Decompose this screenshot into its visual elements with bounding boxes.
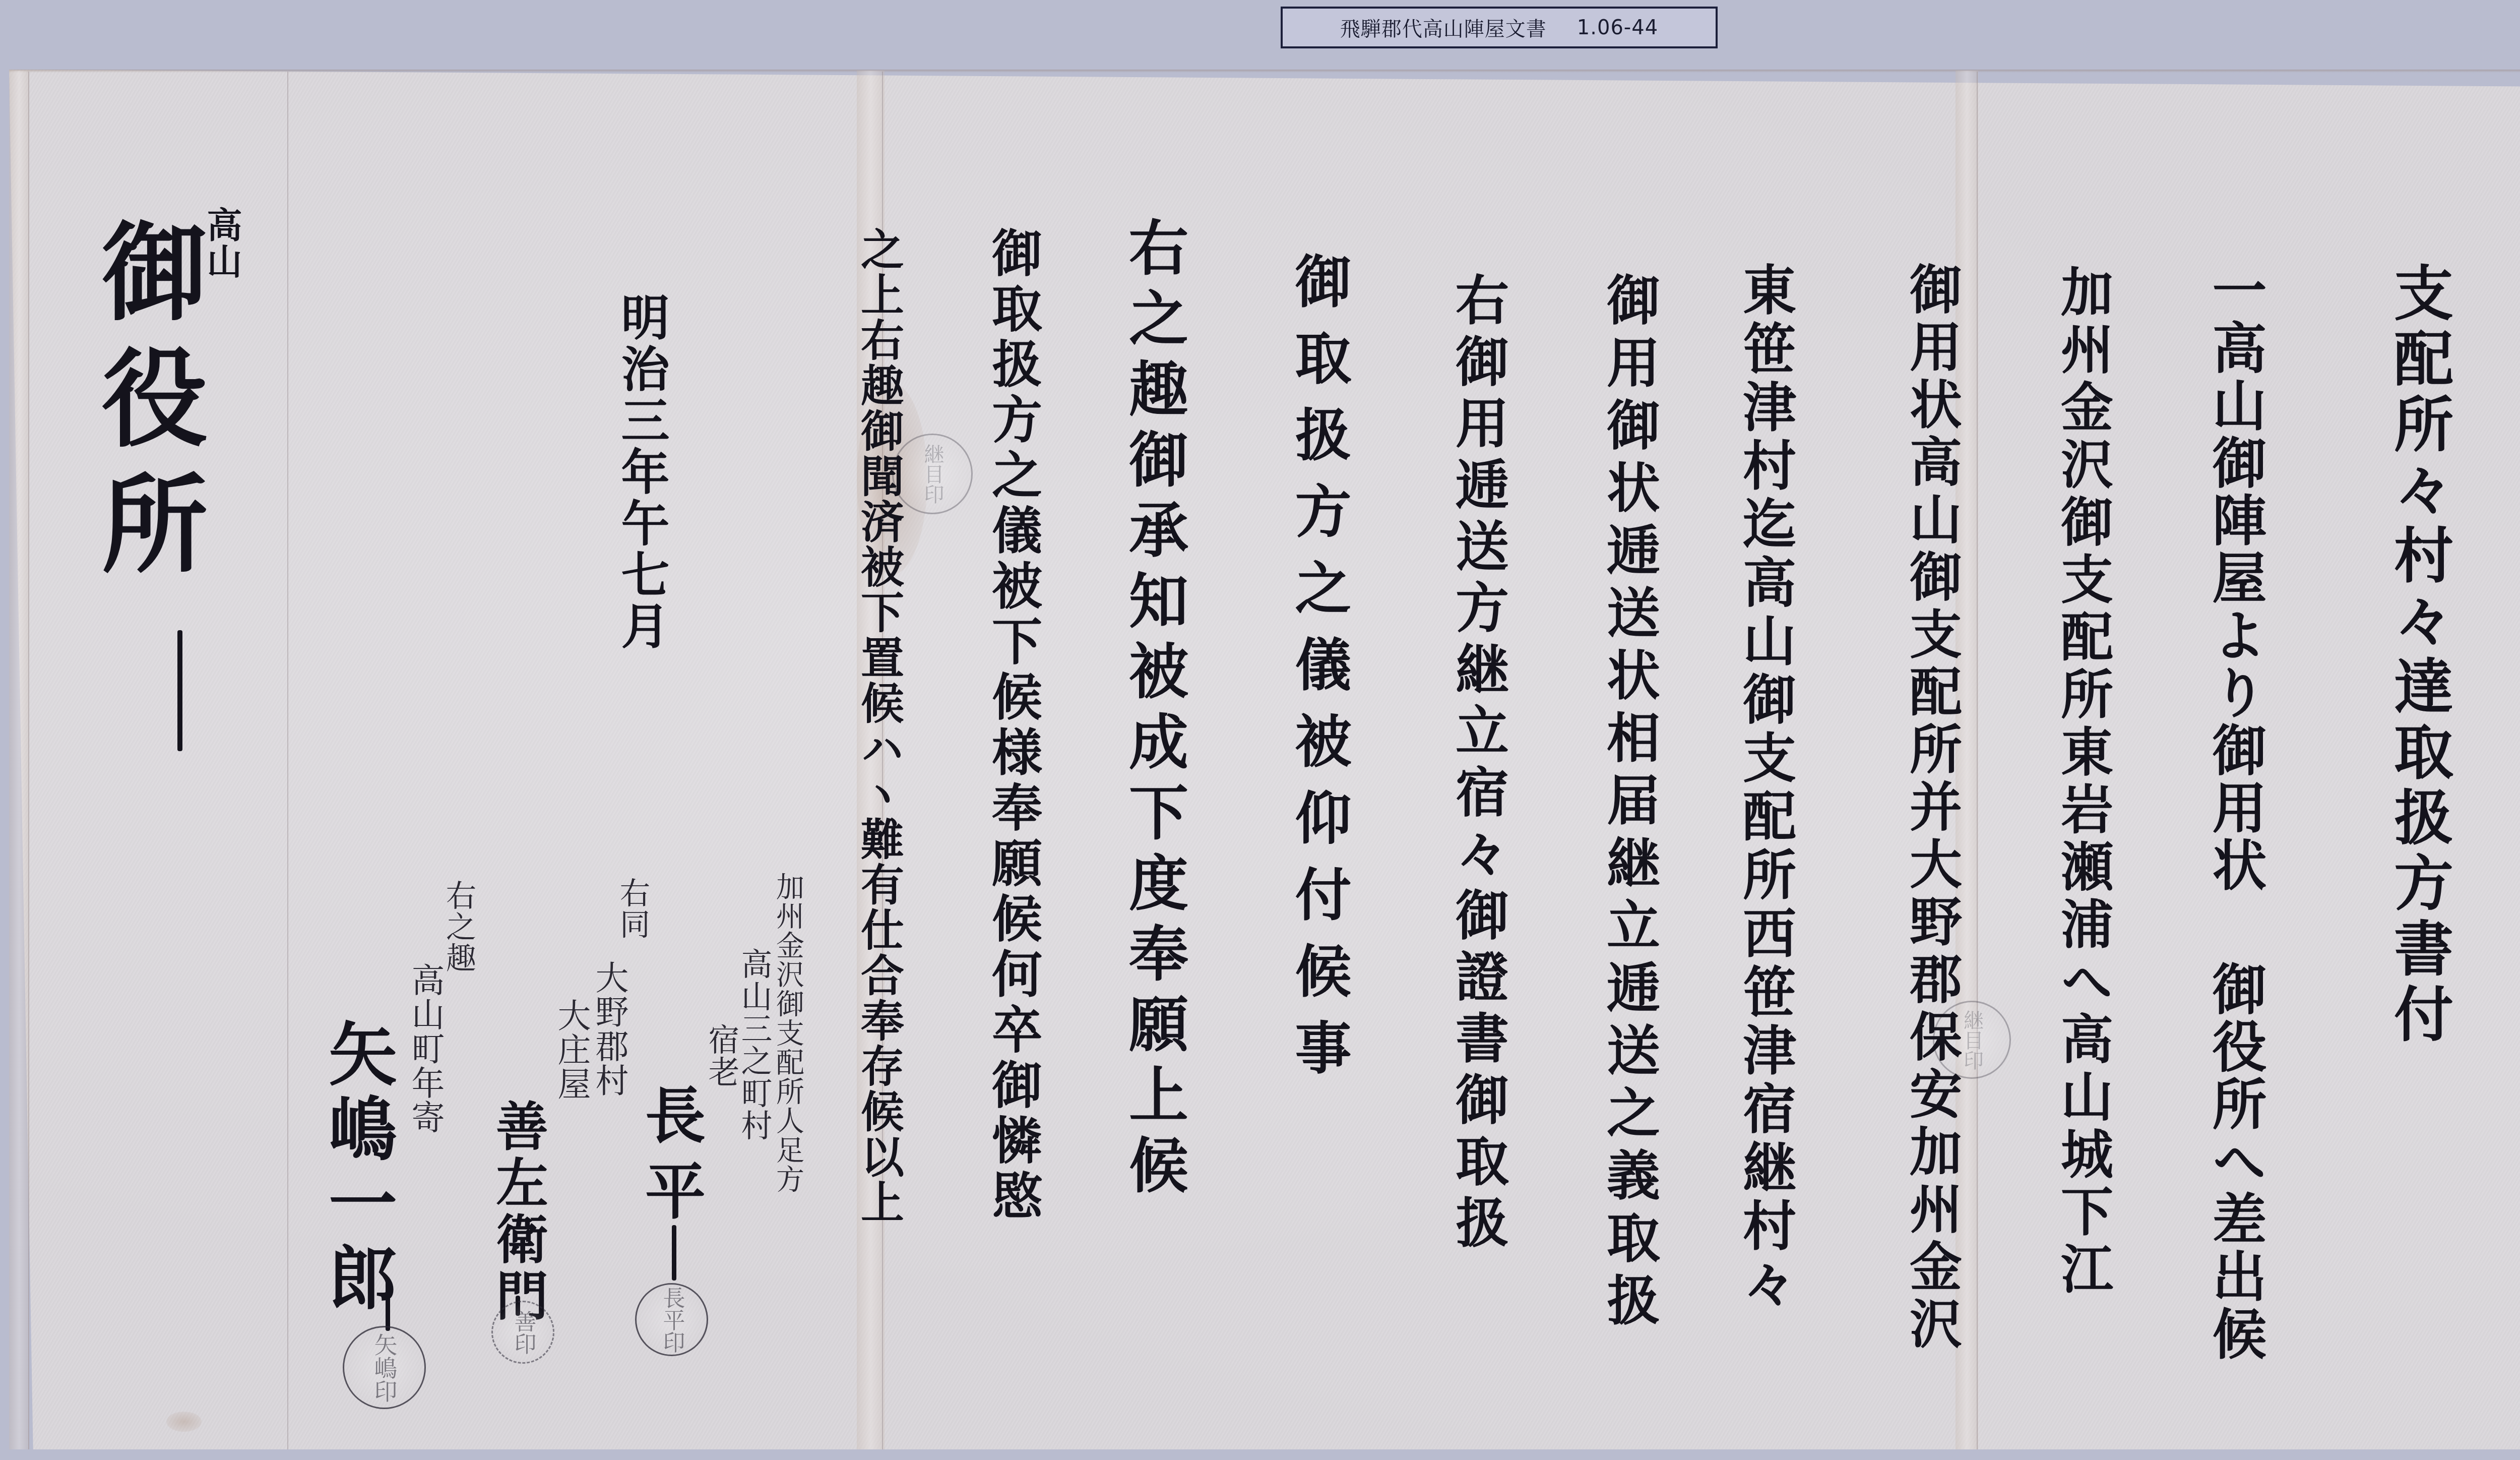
signer-3-name: 矢嶋一郎: [323, 1018, 391, 1317]
body-column-6: 東笹津村迄高山御支配所西笹津宿継村々: [1739, 262, 1792, 1315]
date-line: 明治三年午七月: [617, 292, 666, 652]
signer-1-heading: 加州金沢御支配所人足方: [774, 872, 802, 1194]
fold-line: [1977, 72, 1978, 1449]
catalog-number: 1.06-44: [1577, 16, 1658, 39]
body-column-2: 支配所々村々達取扱方書付: [2389, 262, 2448, 1049]
fold-line: [28, 72, 29, 1449]
signer-1-name: 長平: [640, 1084, 701, 1235]
signer-2-location: 大野郡村: [592, 960, 625, 1098]
signer-3-seal: 矢嶋印: [343, 1326, 426, 1409]
signer-2-heading: 右同: [617, 877, 648, 940]
fold-line: [287, 72, 288, 1449]
sheet-join-left: [9, 71, 29, 1449]
signer-2-role: 大庄屋: [554, 998, 588, 1101]
body-column-7: 御用御状逓送状相届継立逓送之義取扱: [1603, 272, 1656, 1335]
body-column-4: 加州金沢御支配所東岩瀬浦へ高山城下江: [2056, 265, 2109, 1299]
signer-1-role: 宿老: [706, 1023, 737, 1088]
joining-seal: 継目印: [892, 434, 973, 514]
signer-3-heading: 右之趣: [444, 880, 474, 974]
paper-stain: [166, 1412, 202, 1432]
signer-2-name: 善左衛門: [491, 1099, 544, 1325]
signer-3-brush-tail: [386, 1281, 390, 1331]
catalog-label: 飛騨郡代高山陣屋文書 1.06-44: [1281, 7, 1718, 48]
body-column-9: 御取扱方之儀被仰付候事: [1290, 252, 1347, 1095]
body-column-5: 御用状高山御支配所并大野郡保安加州金沢: [1905, 262, 1958, 1354]
body-column-11: 御取扱方之儀被下候様奉願候何卒御憐愍: [988, 227, 1038, 1225]
body-column-10: 右之趣御承知被成下度奉願上候: [1124, 217, 1183, 1205]
body-column-8: 右御用逓送方継立宿々御證書御取扱: [1452, 272, 1505, 1256]
body-column-3: 一高山御陣屋より御用状 御役所へ差出候: [2208, 262, 2262, 1363]
addressee-prefix: 高山: [204, 207, 239, 279]
paper-top-edge: [9, 70, 2520, 73]
signer-2-seal: 善印: [491, 1301, 554, 1364]
collection-title: 飛騨郡代高山陣屋文書: [1340, 13, 1547, 42]
signer-3-location: 高山町年寄: [408, 963, 442, 1134]
signer-1-seal: 長平印: [635, 1283, 708, 1356]
addressee-brush-tail: [177, 630, 182, 751]
signer-1-brush-tail: [672, 1225, 676, 1281]
body-column-12: 之上右趣御聞済被下置候ハヽ難有仕合奉存候以上: [857, 227, 900, 1225]
signer-1-location: 高山三之町村: [738, 948, 770, 1141]
addressee: 御役所: [93, 217, 199, 595]
